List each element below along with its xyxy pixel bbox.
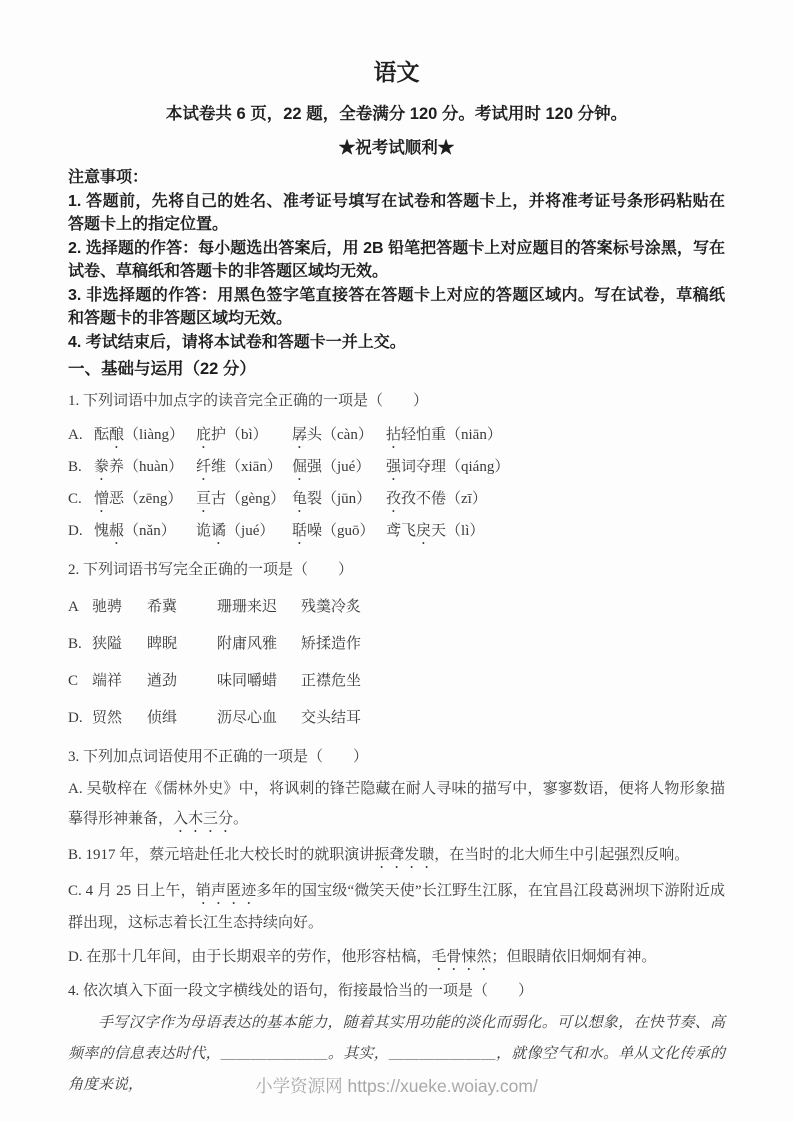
emphasized-characters: 赧 (109, 523, 124, 539)
question-3-stem: 3. 下列加点词语使用不正确的一项是（ ） (68, 746, 725, 768)
question-3-option-b: B. 1917 年，蔡元培赴任北大校长时的就职演讲振聋发聩，在当时的北大师生中引… (68, 840, 725, 872)
question-3-option-d: D. 在那十几年间，由于长期艰辛的劳作，他形容枯槁，毛骨悚然；但眼睛依旧炯炯有神… (68, 942, 725, 974)
question-1-option-d: D. 愧赧（nǎn） 诡谲（jué） 聒噪（guō） 鸢飞戾天（lì） (68, 516, 725, 548)
word-with-pinyin: 聒噪（guō） (292, 516, 386, 548)
question-2-option-d: D. 贸然 侦缉 沥尽心血 交头结耳 (68, 700, 725, 737)
word-cell: 珊珊来迟 (217, 589, 301, 626)
emphasized-characters: 销声匿迹 (196, 883, 257, 899)
question-1-option-c: C. 憎恶（zēng） 亘古（gèng） 龟裂（jūn） 孜孜不倦（zī） (68, 484, 725, 516)
emphasized-characters: 聒 (292, 523, 307, 539)
word-cell: 附庸风雅 (217, 626, 301, 663)
emphasized-characters: 毛骨悚然 (431, 949, 491, 965)
question-4-stem: 4. 依次填入下面一段文字横线处的语句，衔接最恰当的一项是（ ） (68, 980, 725, 1002)
word-with-pinyin: 孱头（càn） (292, 420, 386, 452)
emphasized-characters: 亘 (196, 491, 211, 507)
question-3-option-c: C. 4 月 25 日上午，销声匿迹多年的国宝级“微笑天使”长江野生江豚，在宜昌… (68, 876, 725, 938)
word-with-pinyin: 孜孜不倦（zī） (386, 484, 725, 516)
question-3-options: A. 吴敬梓在《儒林外史》中，将讽刺的锋芒隐藏在耐人寻味的描写中，寥寥数语，便将… (68, 774, 725, 974)
word-cell: 遒劲 (147, 663, 217, 700)
question-2-options: A 驰骋 希冀 珊珊来迟 残羹冷炙 B. 狭隘 睥睨 附庸风雅 矫揉造作 C 端… (68, 589, 725, 737)
section-1-heading: 一、基础与运用（22 分） (68, 358, 725, 381)
word-cell: 交头结耳 (301, 700, 725, 737)
source-watermark: 小学资源网 https://xueke.woiay.com/ (0, 1073, 793, 1098)
word-with-pinyin: 豢养（huàn） (94, 452, 196, 484)
emphasized-characters: 庇 (196, 427, 211, 443)
emphasized-characters: 酿 (109, 427, 124, 443)
emphasized-characters: 戾 (416, 523, 431, 539)
word-cell: 希冀 (147, 589, 217, 626)
option-label: B. (68, 626, 92, 663)
emphasized-characters: 孜 (386, 491, 401, 507)
word-cell: 驰骋 (92, 589, 147, 626)
word-cell: 正襟危坐 (301, 663, 725, 700)
word-cell: 贸然 (92, 700, 147, 737)
word-with-pinyin: 庇护（bì） (196, 420, 292, 452)
word-with-pinyin: 憎恶（zēng） (94, 484, 196, 516)
question-1-option-a: A. 酝酿（liàng） 庇护（bì） 孱头（càn） 拈轻怕重（niān） (68, 420, 725, 452)
question-2-option-a: A 驰骋 希冀 珊珊来迟 残羹冷炙 (68, 589, 725, 626)
notice-item-3: 3. 非选择题的作答：用黑色签字笔直接答在答题卡上对应的答题区域内。写在试卷，草… (68, 284, 725, 331)
word-with-pinyin: 诡谲（jué） (196, 516, 292, 548)
word-with-pinyin: 龟裂（jūn） (292, 484, 386, 516)
option-label: C (68, 663, 92, 700)
question-3-option-a: A. 吴敬梓在《儒林外史》中，将讽刺的锋芒隐藏在耐人寻味的描写中，寥寥数语，便将… (68, 774, 725, 836)
emphasized-characters: 振聋发聩 (374, 847, 434, 863)
word-with-pinyin: 酝酿（liàng） (94, 420, 196, 452)
emphasized-characters: 倔 (292, 459, 307, 475)
option-label: B. (68, 452, 94, 483)
word-with-pinyin: 强词夺理（qiáng） (386, 452, 725, 484)
emphasized-characters: 强 (386, 459, 401, 475)
option-label: D. (68, 700, 92, 737)
emphasized-characters: 孱 (292, 427, 307, 443)
option-label: A (68, 589, 92, 626)
notice-item-1: 1. 答题前，先将自己的姓名、准考证号填写在试卷和答题卡上，并将准考证号条形码粘… (68, 190, 725, 237)
exam-wish-banner: ★祝考试顺利★ (68, 134, 725, 158)
notice-heading: 注意事项： (68, 166, 725, 190)
word-cell: 味同嚼蜡 (217, 663, 301, 700)
question-2-option-b: B. 狭隘 睥睨 附庸风雅 矫揉造作 (68, 626, 725, 663)
question-1-options: A. 酝酿（liàng） 庇护（bì） 孱头（càn） 拈轻怕重（niān） B… (68, 420, 725, 548)
word-cell: 端祥 (92, 663, 147, 700)
notice-item-4: 4. 考试结束后，请将本试卷和答题卡一并上交。 (68, 331, 725, 355)
emphasized-characters: 憎 (94, 491, 109, 507)
word-cell: 沥尽心血 (217, 700, 301, 737)
question-1-stem: 1. 下列词语中加点字的读音完全正确的一项是（ ） (68, 390, 725, 412)
page-title: 语文 (68, 54, 725, 87)
word-cell: 侦缉 (147, 700, 217, 737)
notice-item-2: 2. 选择题的作答：每小题选出答案后，用 2B 铅笔把答题卡上对应题目的答案标号… (68, 237, 725, 284)
exam-summary: 本试卷共 6 页，22 题，全卷满分 120 分。考试用时 120 分钟。 (68, 100, 725, 124)
question-2-option-c: C 端祥 遒劲 味同嚼蜡 正襟危坐 (68, 663, 725, 700)
word-with-pinyin: 亘古（gèng） (196, 484, 292, 516)
emphasized-characters: 龟 (292, 491, 307, 507)
word-with-pinyin: 鸢飞戾天（lì） (386, 516, 725, 548)
option-label: D. (68, 516, 94, 547)
option-label: A. (68, 420, 94, 451)
emphasized-characters: 拈 (386, 427, 401, 443)
emphasized-characters: 谲 (211, 523, 226, 539)
word-with-pinyin: 拈轻怕重（niān） (386, 420, 725, 452)
question-2-stem: 2. 下列词语书写完全正确的一项是（ ） (68, 559, 725, 581)
emphasized-characters: 纤 (196, 459, 211, 475)
word-with-pinyin: 倔强（jué） (292, 452, 386, 484)
emphasized-characters: 豢 (94, 459, 109, 475)
word-cell: 残羹冷炙 (301, 589, 725, 626)
word-cell: 矫揉造作 (301, 626, 725, 663)
word-with-pinyin: 纤维（xiān） (196, 452, 292, 484)
word-cell: 狭隘 (92, 626, 147, 663)
word-with-pinyin: 愧赧（nǎn） (94, 516, 196, 548)
option-label: C. (68, 484, 94, 515)
emphasized-characters: 入木三分 (173, 811, 233, 827)
question-1-option-b: B. 豢养（huàn） 纤维（xiān） 倔强（jué） 强词夺理（qiáng） (68, 452, 725, 484)
exam-paper-page: 语文 本试卷共 6 页，22 题，全卷满分 120 分。考试用时 120 分钟。… (0, 0, 793, 1122)
word-cell: 睥睨 (147, 626, 217, 663)
